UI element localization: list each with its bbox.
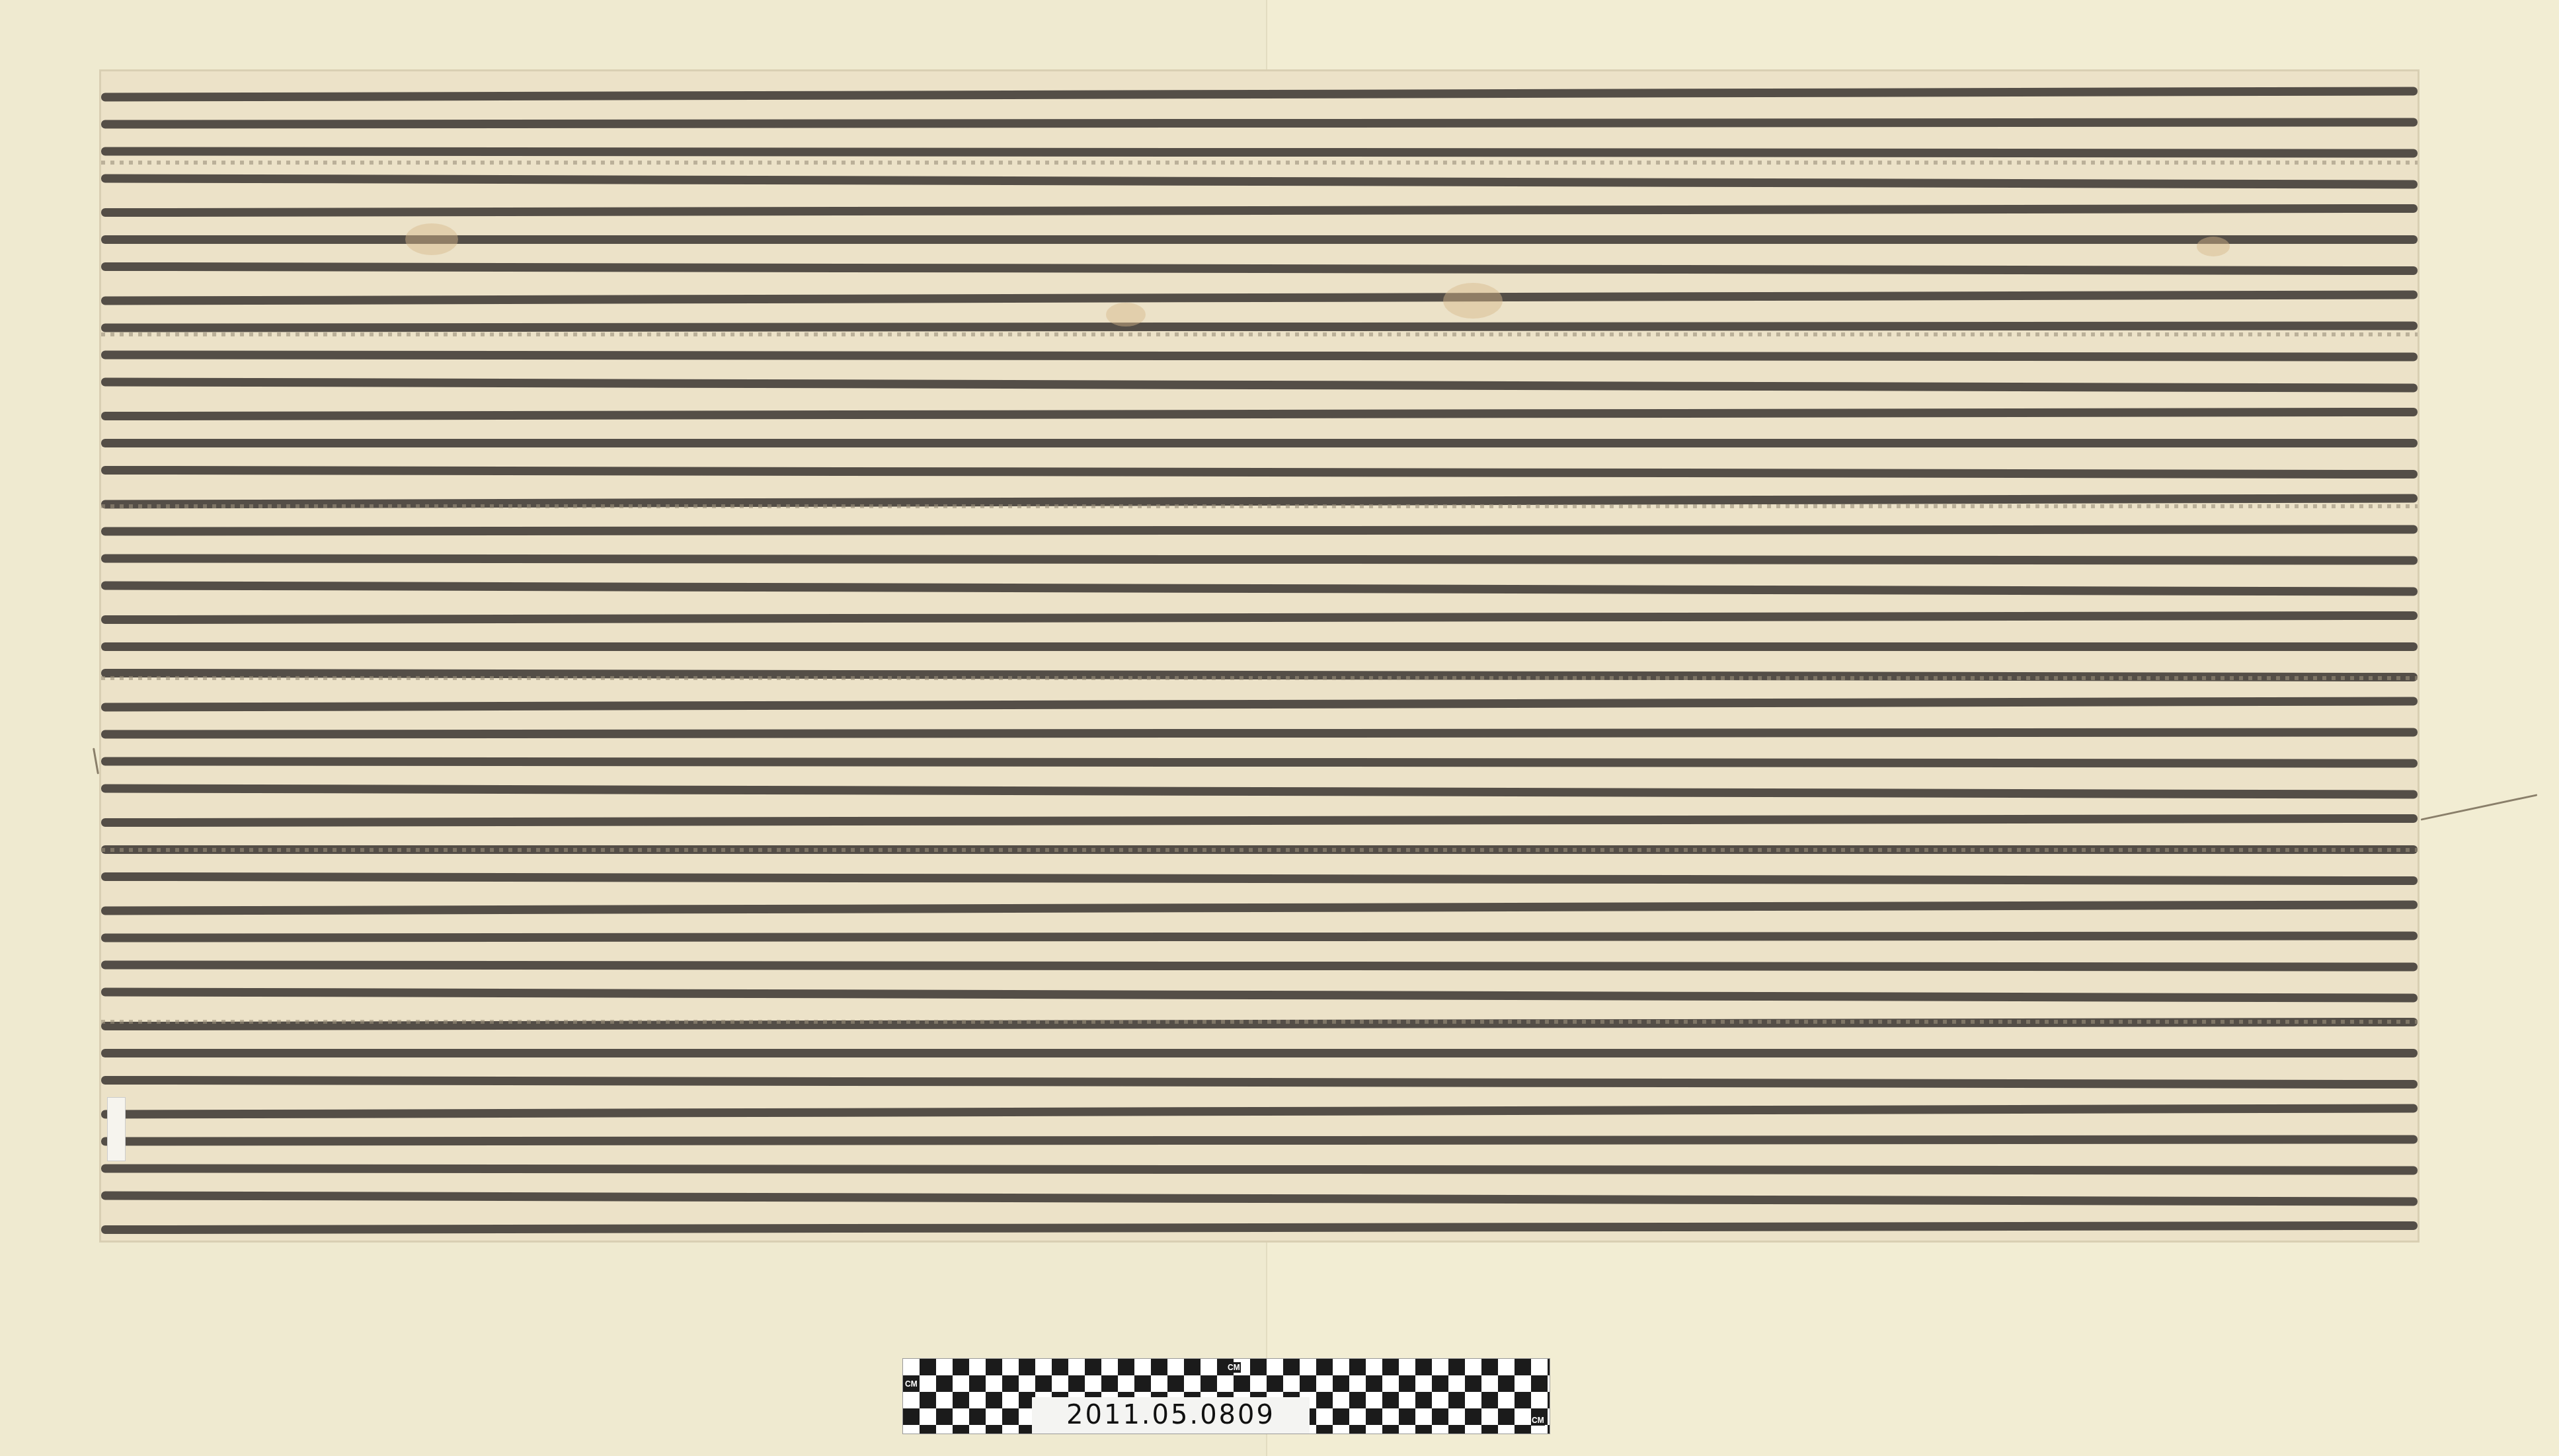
dark-stripe (101, 466, 2418, 479)
stain-mark (405, 223, 458, 255)
dark-stripe (101, 87, 2418, 101)
dark-stripe (101, 642, 2418, 651)
dark-stripe (101, 439, 2418, 447)
dark-stripe (101, 1221, 2418, 1234)
dark-stripe (101, 262, 2418, 275)
dark-stripe (101, 611, 2418, 623)
dark-stripe (101, 1165, 2418, 1175)
dark-stripe (101, 204, 2418, 217)
dark-stripe (101, 118, 2418, 128)
stain-mark (1106, 303, 1146, 326)
stain-mark (1443, 283, 1503, 319)
dark-stripe (101, 350, 2418, 361)
scale-bar: CM CM CM 2011.05.0809 (902, 1358, 1550, 1434)
dark-stripe (101, 757, 2418, 768)
dark-stripe (101, 728, 2418, 739)
dark-stripe (101, 1191, 2418, 1206)
dark-stripe (101, 174, 2418, 188)
stitched-seam (101, 161, 2418, 165)
dark-stripe (101, 290, 2418, 305)
dark-stripe (101, 785, 2418, 799)
stain-mark (2197, 237, 2230, 256)
dark-stripe (101, 697, 2418, 712)
dark-stripe (101, 988, 2418, 1003)
stitched-seam (101, 676, 2418, 680)
object-label-tag (107, 1097, 126, 1161)
dark-stripe (101, 147, 2418, 157)
dark-stripe (101, 901, 2418, 915)
dark-stripe (101, 1135, 2418, 1146)
dark-stripe (101, 554, 2418, 564)
stitched-seam (101, 1020, 2418, 1024)
dark-stripe (101, 961, 2418, 972)
accession-number: 2011.05.0809 (1032, 1397, 1310, 1434)
dark-stripe (101, 321, 2418, 332)
stitched-seam (101, 848, 2418, 852)
dark-stripe (101, 377, 2418, 392)
cm-marker: CM (1227, 1362, 1241, 1373)
dark-stripe (101, 1104, 2418, 1119)
dark-stripe (101, 814, 2418, 827)
cm-marker: CM (1531, 1415, 1545, 1426)
stitched-seam (101, 332, 2418, 336)
dark-stripe (101, 581, 2418, 595)
dark-stripe (101, 932, 2418, 942)
dark-stripe (101, 1049, 2418, 1057)
stitched-seam (101, 504, 2418, 508)
striped-textile (99, 69, 2420, 1243)
dark-stripe (101, 1076, 2418, 1089)
dark-stripe (101, 872, 2418, 885)
dark-stripe (101, 408, 2418, 420)
cm-marker: CM (904, 1379, 918, 1389)
dark-stripe (101, 525, 2418, 535)
